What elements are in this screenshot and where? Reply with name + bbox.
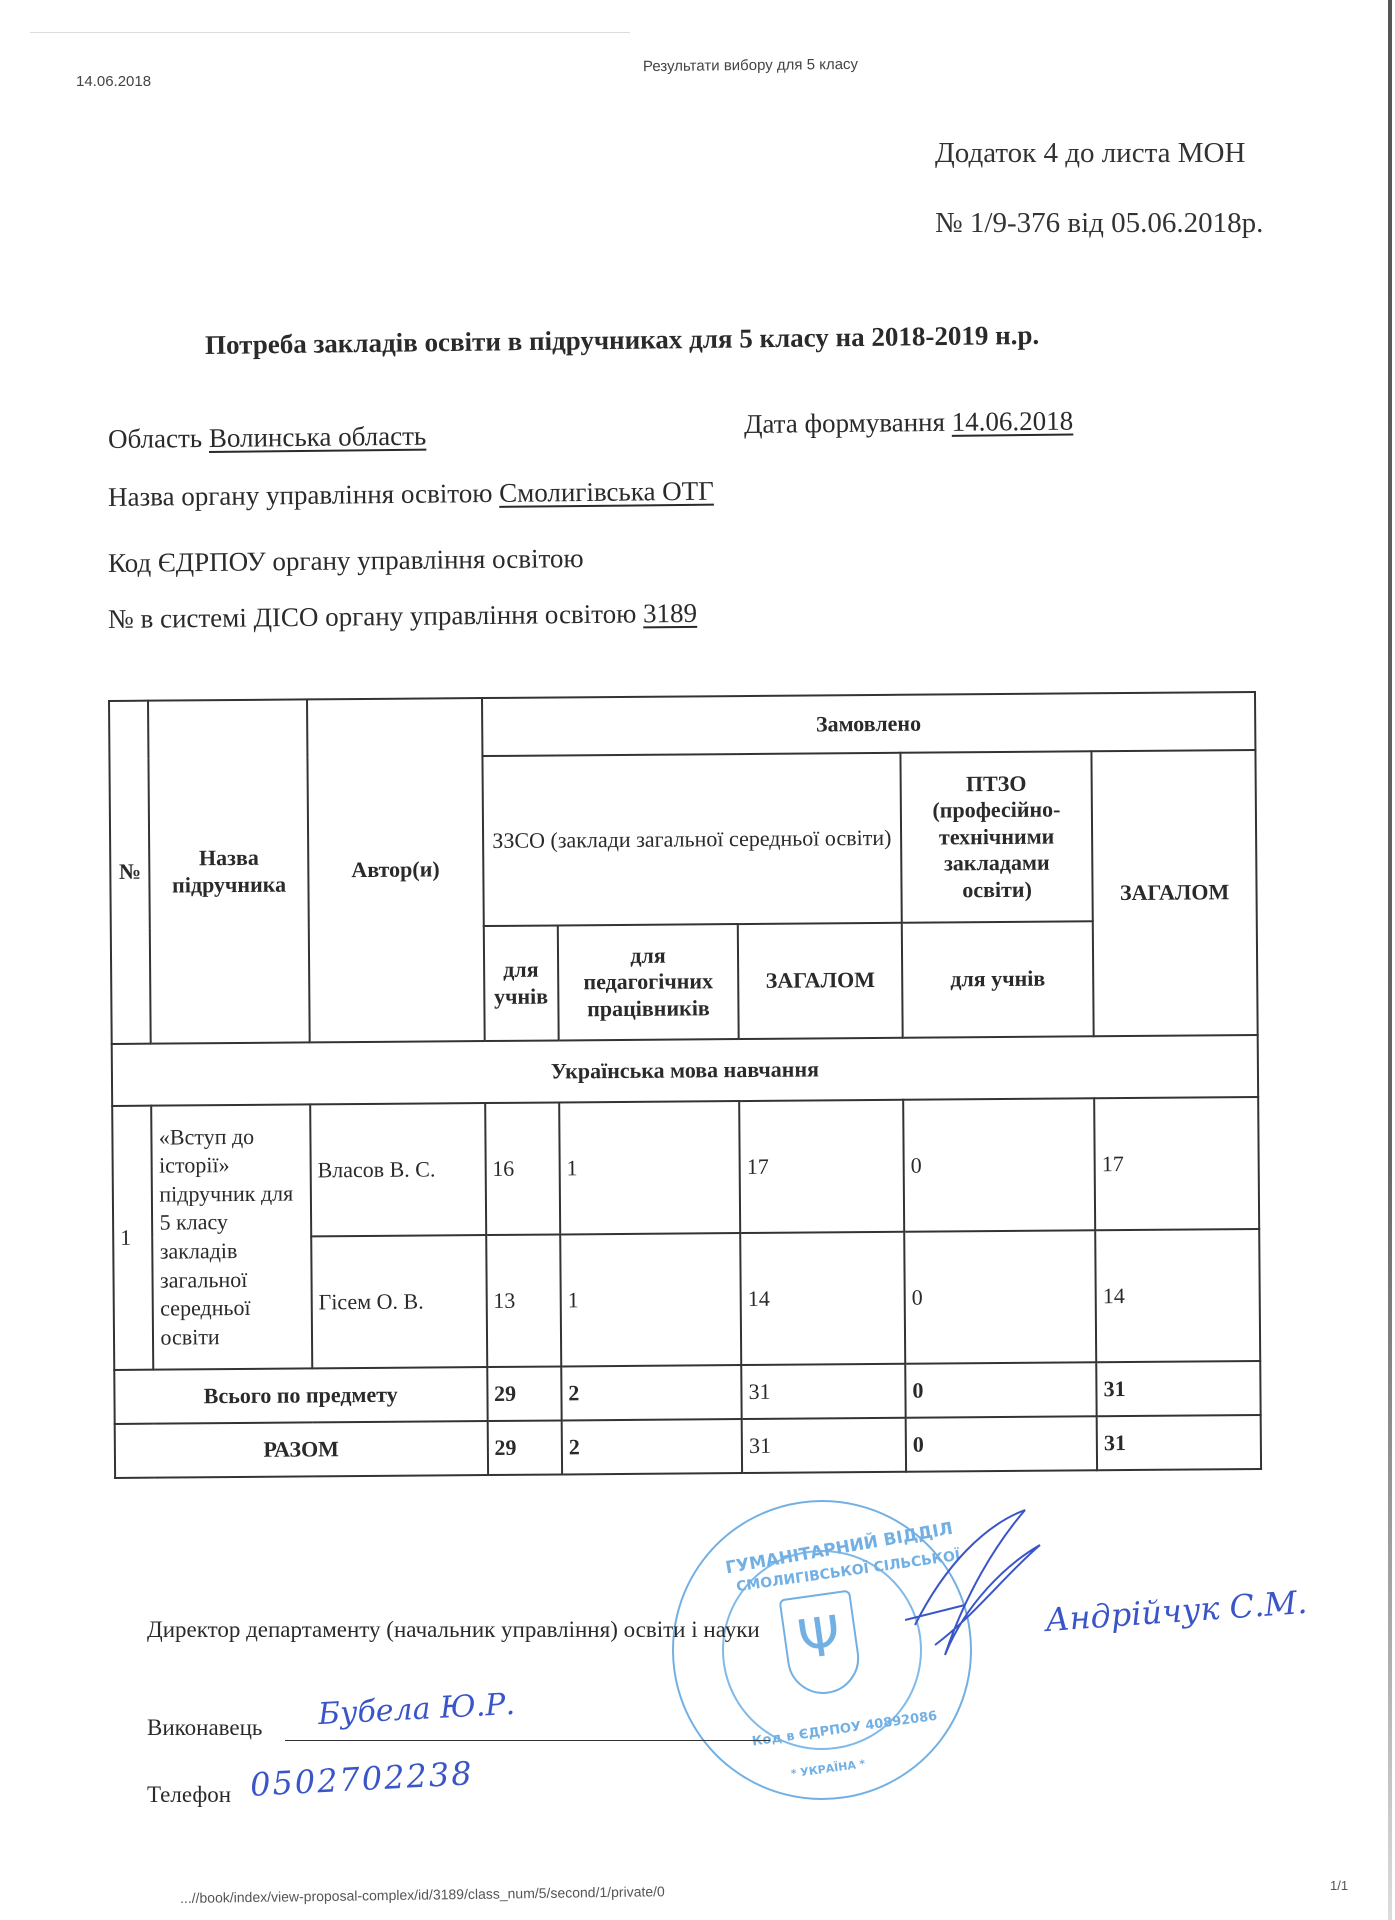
print-header-title: Результати вибору для 5 класу <box>643 56 858 75</box>
grand-total-ptzo: 0 <box>906 1416 1098 1471</box>
grand-total-row: РАЗОМ 29 2 31 0 31 <box>115 1415 1261 1478</box>
formation-date-label: Дата формування <box>744 407 945 439</box>
teachers-cell: 1 <box>560 1233 741 1366</box>
author-cell: Гісем О. В. <box>311 1235 487 1368</box>
director-handwritten-name: Андрійчук С.М. <box>1044 1583 1308 1639</box>
ptzo-students-cell: 0 <box>903 1098 1095 1231</box>
appendix-note: Додаток 4 до листа МОН № 1/9-376 від 05.… <box>935 118 1263 258</box>
appendix-line-1: Додаток 4 до листа МОН <box>935 118 1263 188</box>
header-ptzo-students: для учнів <box>902 921 1094 1037</box>
students-cell: 13 <box>486 1234 561 1367</box>
scan-edge <box>1388 0 1392 1920</box>
education-authority-value: Смолигівська ОТГ <box>499 476 714 508</box>
grand-total-students: 29 <box>487 1420 562 1475</box>
document-title: Потреба закладів освіти в підручниках дл… <box>205 320 1040 361</box>
subject-total-zzso: 31 <box>741 1364 905 1419</box>
header-for-students: для учнів <box>483 925 558 1041</box>
header-zzso: ЗЗСО (заклади загальної середньої освіти… <box>482 753 902 926</box>
header-for-teachers: для педагогічних працівників <box>558 924 739 1040</box>
formation-date-field: Дата формування 14.06.2018 <box>744 406 1073 440</box>
header-ordered: Замовлено <box>482 692 1256 756</box>
zzso-total-cell: 14 <box>740 1232 905 1365</box>
students-cell: 16 <box>485 1102 560 1235</box>
diso-value: 3189 <box>643 598 697 629</box>
subject-total-total: 31 <box>1096 1361 1260 1416</box>
ptzo-students-cell: 0 <box>904 1230 1096 1363</box>
region-label: Область <box>108 423 202 454</box>
section-language: Українська мова навчання <box>112 1035 1258 1106</box>
total-cell: 14 <box>1095 1229 1260 1362</box>
footer-url: ...//book/index/view-proposal-complex/id… <box>180 1883 665 1906</box>
header-authors: Автор(и) <box>307 698 484 1042</box>
executor-handwritten-name: Бубела Ю.Р. <box>317 1687 516 1732</box>
grand-total-total: 31 <box>1097 1415 1261 1470</box>
executor-signature-line <box>285 1740 770 1741</box>
subject-total-label: Всього по предмету <box>114 1367 487 1424</box>
scan-artifact-line <box>30 32 630 33</box>
director-signature-scribble <box>905 1505 1045 1665</box>
edrpou-label: Код ЄДРПОУ органу управління освітою <box>108 543 584 578</box>
subject-total-ptzo: 0 <box>905 1362 1097 1417</box>
header-zzso-total: ЗАГАЛОМ <box>738 923 903 1039</box>
diso-field: № в системі ДІСО органу управління освіт… <box>108 598 697 635</box>
subject-total-teachers: 2 <box>561 1365 742 1420</box>
education-authority-field: Назва органу управління освітою Смолигів… <box>108 476 714 513</box>
header-num: № <box>109 701 151 1044</box>
diso-label: № в системі ДІСО органу управління освіт… <box>108 598 637 634</box>
trident-icon: Ψ <box>794 1604 845 1672</box>
item-number: 1 <box>112 1106 154 1370</box>
region-value: Волинська область <box>209 421 427 453</box>
region-field: Область Волинська область <box>108 421 427 455</box>
edrpou-field: Код ЄДРПОУ органу управління освітою <box>108 543 584 579</box>
appendix-line-2: № 1/9-376 від 05.06.2018р. <box>935 188 1263 258</box>
teachers-cell: 1 <box>559 1101 740 1234</box>
footer-page-number: 1/1 <box>1330 1878 1348 1893</box>
textbook-order-table: № Назва підручника Автор(и) Замовлено ЗЗ… <box>108 691 1262 1479</box>
author-cell: Власов В. С. <box>310 1103 486 1236</box>
header-ptzo: ПТЗО (професійно-технічними закладами ос… <box>900 751 1092 922</box>
formation-date-value: 14.06.2018 <box>952 406 1074 437</box>
zzso-total-cell: 17 <box>739 1100 904 1233</box>
phone-handwritten-number: 0502702238 <box>249 1754 474 1804</box>
header-total: ЗАГАЛОМ <box>1092 750 1258 1036</box>
grand-total-label: РАЗОМ <box>115 1421 488 1478</box>
table-row: 1 «Вступ до історії» підручник для 5 кла… <box>112 1097 1259 1238</box>
director-label: Директор департаменту (начальник управлі… <box>147 1617 760 1643</box>
stamp-text-country: * УКРАЇНА * <box>790 1757 866 1780</box>
item-textbook-name: «Вступ до історії» підручник для 5 класу… <box>152 1104 312 1369</box>
phone-label: Телефон <box>147 1782 231 1808</box>
subject-total-students: 29 <box>487 1366 562 1421</box>
total-cell: 17 <box>1094 1097 1259 1230</box>
grand-total-teachers: 2 <box>562 1419 743 1474</box>
education-authority-label: Назва органу управління освітою <box>108 478 493 512</box>
subject-total-row: Всього по предмету 29 2 31 0 31 <box>114 1361 1260 1424</box>
header-textbook-name: Назва підручника <box>148 699 309 1043</box>
print-header-date: 14.06.2018 <box>76 73 151 90</box>
grand-total-zzso: 31 <box>742 1418 906 1473</box>
executor-label: Виконавець <box>147 1715 262 1741</box>
